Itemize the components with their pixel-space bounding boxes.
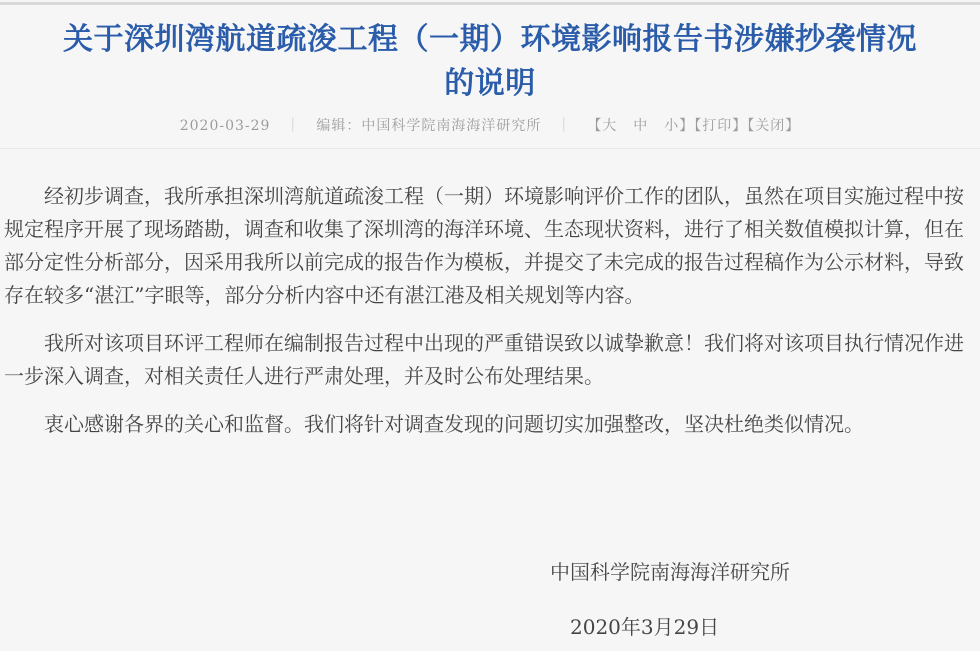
meta-separator: ｜ xyxy=(557,118,572,134)
header-divider xyxy=(0,148,980,149)
signature-institution: 中国科学院南海海洋研究所 xyxy=(550,556,964,589)
body-paragraph-1: 经初步调查，我所承担深圳湾航道疏浚工程（一期）环境影响评价工作的团队，虽然在项目… xyxy=(4,180,964,312)
close-button[interactable]: 【关闭】 xyxy=(747,118,800,134)
print-button[interactable]: 【打印】 xyxy=(694,118,747,134)
bracket-open: 【 xyxy=(587,118,602,134)
announcement-page: { "page": { "background_color": "#f6f6f6… xyxy=(0,0,980,651)
font-size-controls: 【大中小】 xyxy=(587,118,694,134)
bracket-close: 】 xyxy=(679,118,694,134)
page-title-line-1: 关于深圳湾航道疏浚工程（一期）环境影响报告书涉嫌抄袭情况 xyxy=(30,18,950,62)
article-body: 经初步调查，我所承担深圳湾航道疏浚工程（一期）环境影响评价工作的团队，虽然在项目… xyxy=(0,180,964,644)
body-paragraph-3: 衷心感谢各界的关心和监督。我们将针对调查发现的问题切实加强整改，坚决杜绝类似情况… xyxy=(4,408,964,441)
signature-date: 2020年3月29日 xyxy=(570,611,964,644)
page-title: 关于深圳湾航道疏浚工程（一期）环境影响报告书涉嫌抄袭情况 的说明 xyxy=(30,18,950,106)
editor-credit: 编辑：中国科学院南海海洋研究所 xyxy=(316,118,541,134)
meta-separator: ｜ xyxy=(286,118,301,134)
top-divider xyxy=(0,2,980,5)
publish-date: 2020-03-29 xyxy=(180,118,271,134)
font-size-medium-button[interactable]: 中 xyxy=(633,118,648,134)
article-meta: 2020-03-29 ｜ 编辑：中国科学院南海海洋研究所 ｜ 【大中小】【打印】… xyxy=(0,116,980,136)
font-size-large-button[interactable]: 大 xyxy=(602,118,617,134)
page-title-line-2: 的说明 xyxy=(30,62,950,106)
body-paragraph-2: 我所对该项目环评工程师在编制报告过程中出现的严重错误致以诚挚歉意！我们将对该项目… xyxy=(4,327,964,393)
article-header: 关于深圳湾航道疏浚工程（一期）环境影响报告书涉嫌抄袭情况 的说明 2020-03… xyxy=(0,18,980,136)
font-size-small-button[interactable]: 小 xyxy=(664,118,679,134)
